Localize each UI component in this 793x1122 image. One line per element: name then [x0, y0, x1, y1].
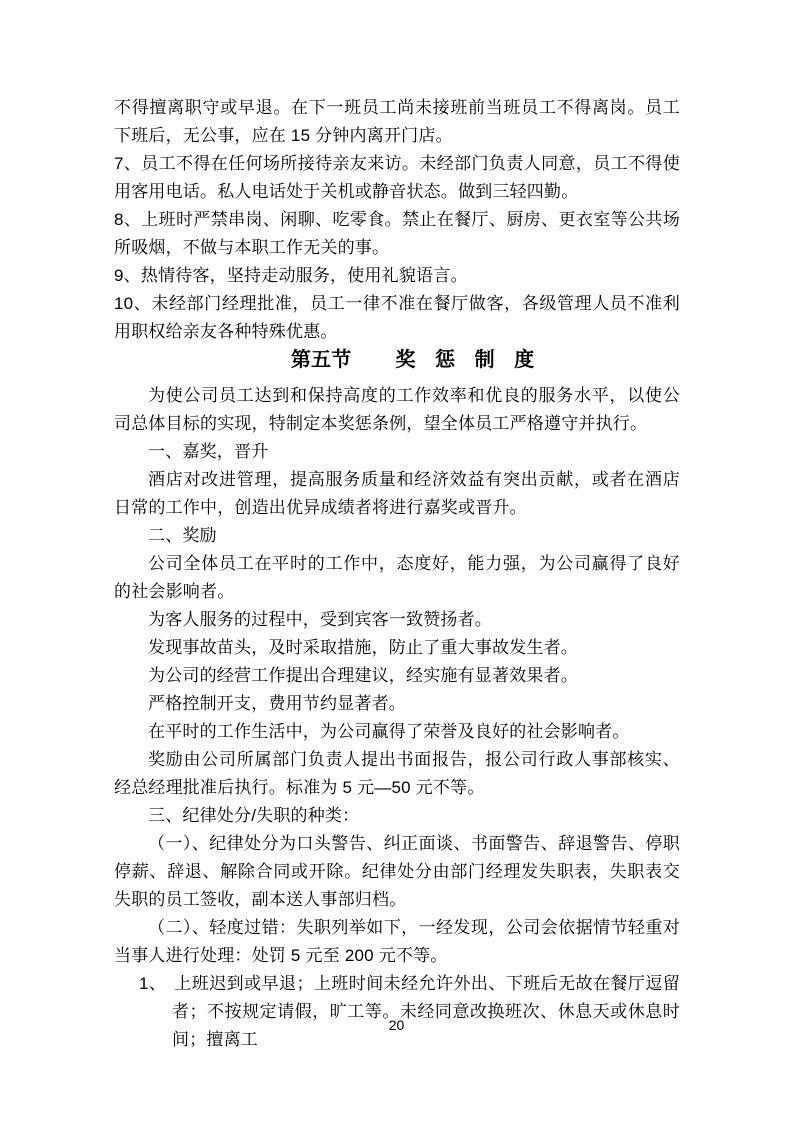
page-number: 20: [0, 1016, 793, 1034]
paragraph: 10、未经部门经理批准，员工一律不准在餐厅做客，各级管理人员不准利用职权给亲友各…: [114, 290, 680, 346]
list-marker: 1、: [139, 974, 174, 993]
section-heading: 第五节奖 惩 制 度: [114, 346, 680, 374]
paragraph: （一）、纪律处分为口头警告、纠正面谈、书面警告、辞退警告、停职停薪、辞退、解除合…: [114, 830, 680, 914]
paragraph: 为客人服务的过程中，受到宾客一致赞扬者。: [114, 606, 680, 634]
paragraph: 9、热情待客，坚持走动服务，使用礼貌语言。: [114, 262, 680, 290]
paragraph: 8、上班时严禁串岗、闲聊、吃零食。禁止在餐厅、厨房、更衣室等公共场所吸烟，不做与…: [114, 206, 680, 262]
paragraph: 公司全体员工在平时的工作中，态度好，能力强，为公司赢得了良好的社会影响者。: [114, 550, 680, 606]
paragraph: 奖励由公司所属部门负责人提出书面报告，报公司行政人事部核实、经总经理批准后执行。…: [114, 746, 680, 802]
document-body: 不得擅离职守或早退。在下一班员工尚未接班前当班员工不得离岗。员工下班后，无公事，…: [114, 94, 680, 1054]
paragraph: 二、奖励: [114, 522, 680, 550]
paragraph: 在平时的工作生活中，为公司赢得了荣誉及良好的社会影响者。: [114, 718, 680, 746]
paragraph: 严格控制开支，费用节约显著者。: [114, 690, 680, 718]
section-number: 第五节: [291, 349, 352, 371]
paragraph: （二）、轻度过错：失职列举如下，一经发现，公司会依据情节轻重对当事人进行处理：处…: [114, 914, 680, 970]
paragraph: 为使公司员工达到和保持高度的工作效率和优良的服务水平，以使公司总体目标的实现，特…: [114, 382, 680, 438]
paragraph: 为公司的经营工作提出合理建议，经实施有显著效果者。: [114, 662, 680, 690]
paragraph: 三、纪律处分/失职的种类：: [114, 802, 680, 830]
document-page: 不得擅离职守或早退。在下一班员工尚未接班前当班员工不得离岗。员工下班后，无公事，…: [0, 0, 793, 1122]
section-title: 奖 惩 制 度: [395, 349, 541, 371]
paragraph: 发现事故苗头，及时采取措施，防止了重大事故发生者。: [114, 634, 680, 662]
paragraph: 一、嘉奖，晋升: [114, 438, 680, 466]
paragraph: 7、员工不得在任何场所接待亲友来访。未经部门负责人同意，员工不得使用客用电话。私…: [114, 150, 680, 206]
list-item: 1、上班迟到或早退；上班时间未经允许外出、下班后无故在餐厅逗留者；不按规定请假，…: [114, 970, 680, 1054]
paragraph: 酒店对改进管理，提高服务质量和经济效益有突出贡献，或者在酒店日常的工作中，创造出…: [114, 466, 680, 522]
paragraph: 不得擅离职守或早退。在下一班员工尚未接班前当班员工不得离岗。员工下班后，无公事，…: [114, 94, 680, 150]
